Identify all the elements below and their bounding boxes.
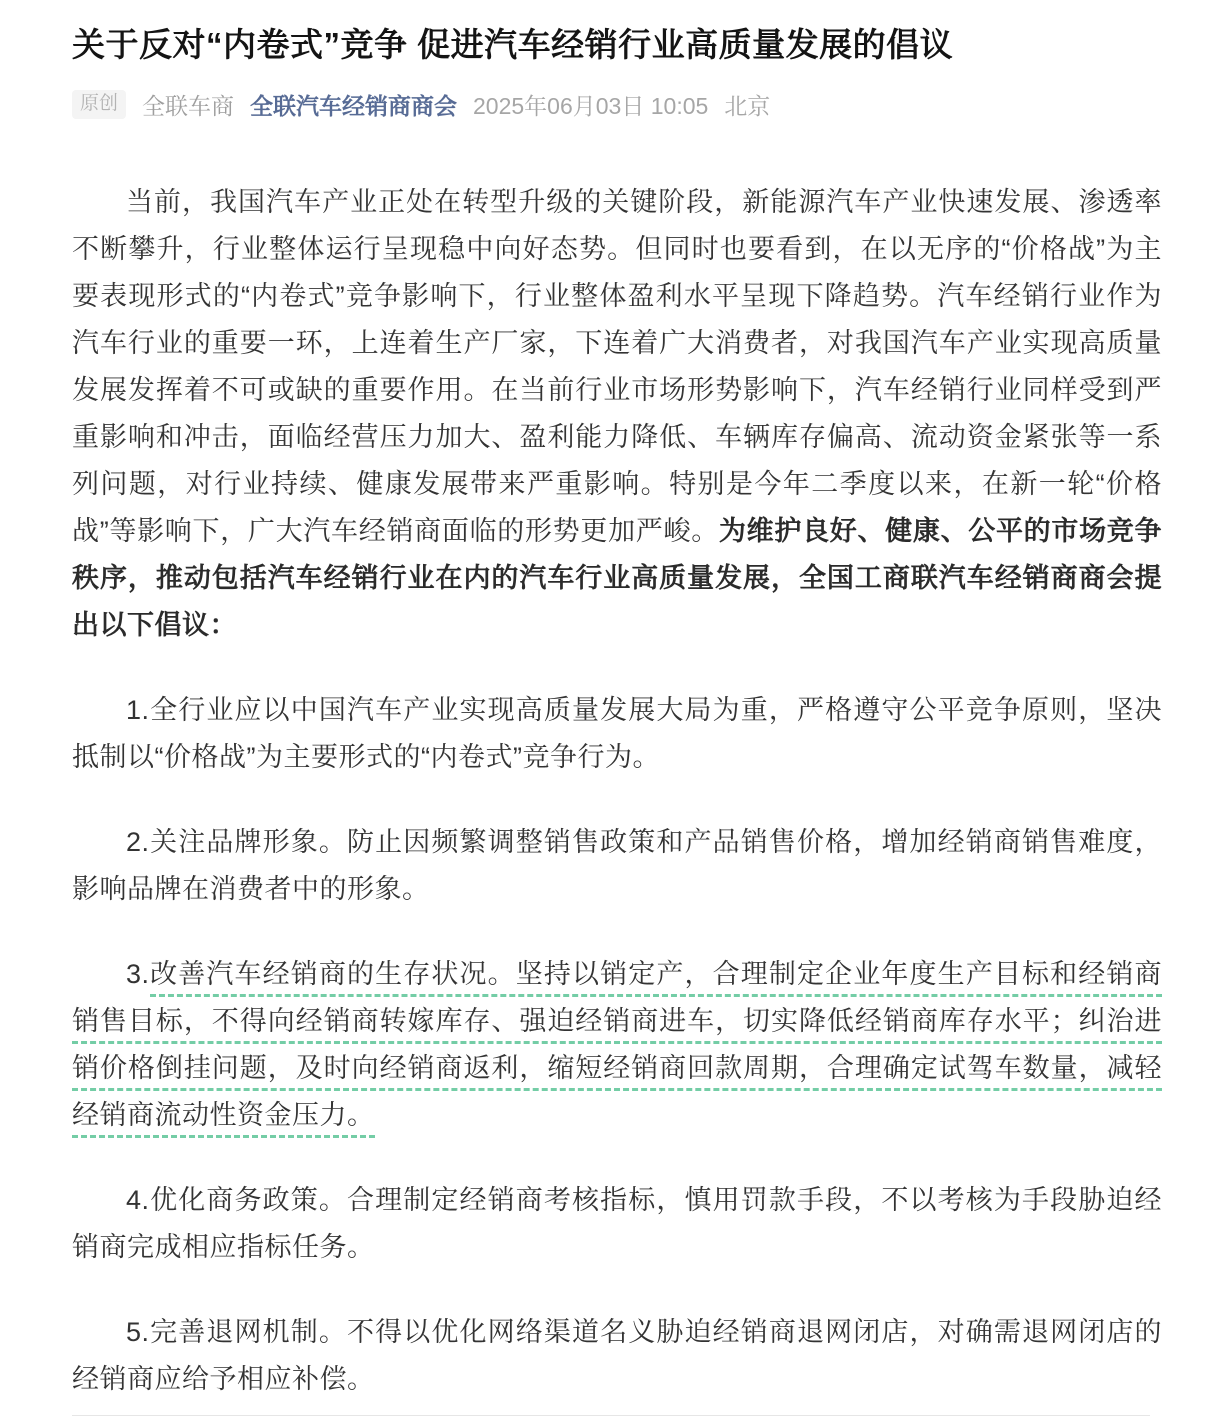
author-name: 全联车商: [142, 88, 234, 121]
proposal-item-1-text: 1.全行业应以中国汽车产业实现高质量发展大局为重，严格遵守公平竞争原则，坚决抵制…: [72, 695, 1162, 772]
article-page: 关于反对“内卷式”竞争 促进汽车经销行业高质量发展的倡议 原创 全联车商 全联汽…: [0, 0, 1212, 1420]
proposal-item-5-text: 5.完善退网机制。不得以优化网络渠道名义胁迫经销商退网闭店，对确需退网闭店的经销…: [72, 1317, 1162, 1394]
publish-location: 北京: [724, 88, 770, 121]
proposal-item-2-text: 2.关注品牌形象。防止因频繁调整销售政策和产品销售价格，增加经销商销售难度，影响…: [72, 827, 1162, 904]
article-body: 当前，我国汽车产业正处在转型升级的关键阶段，新能源汽车产业快速发展、渗透率不断攀…: [72, 179, 1162, 1403]
article-meta: 原创 全联车商 全联汽车经销商商会 2025年06月03日 10:05 北京: [72, 88, 1162, 121]
intro-text: 当前，我国汽车产业正处在转型升级的关键阶段，新能源汽车产业快速发展、渗透率不断攀…: [72, 187, 1162, 546]
original-badge: 原创: [72, 90, 126, 119]
proposal-item-1: 1.全行业应以中国汽车产业实现高质量发展大局为重，严格遵守公平竞争原则，坚决抵制…: [72, 687, 1162, 781]
publish-datetime: 2025年06月03日 10:05: [473, 88, 708, 121]
proposal-item-2: 2.关注品牌形象。防止因频繁调整销售政策和产品销售价格，增加经销商销售难度，影响…: [72, 819, 1162, 913]
bottom-divider: [72, 1415, 1150, 1416]
account-link[interactable]: 全联汽车经销商商会: [250, 88, 457, 121]
proposal-item-5: 5.完善退网机制。不得以优化网络渠道名义胁迫经销商退网闭店，对确需退网闭店的经销…: [72, 1309, 1162, 1403]
proposal-item-3: 3.改善汽车经销商的生存状况。坚持以销定产，合理制定企业年度生产目标和经销商销售…: [72, 951, 1162, 1139]
proposal-item-3-prefix: 3.: [126, 959, 150, 989]
article-title: 关于反对“内卷式”竞争 促进汽车经销行业高质量发展的倡议: [72, 22, 1162, 68]
proposal-item-4-text: 4.优化商务政策。合理制定经销商考核指标，慎用罚款手段，不以考核为手段胁迫经销商…: [72, 1185, 1162, 1262]
proposal-item-3-underlined-text: 改善汽车经销商的生存状况。坚持以销定产，合理制定企业年度生产目标和经销商销售目标…: [72, 959, 1162, 1138]
intro-paragraph: 当前，我国汽车产业正处在转型升级的关键阶段，新能源汽车产业快速发展、渗透率不断攀…: [72, 179, 1162, 649]
proposal-item-4: 4.优化商务政策。合理制定经销商考核指标，慎用罚款手段，不以考核为手段胁迫经销商…: [72, 1177, 1162, 1271]
